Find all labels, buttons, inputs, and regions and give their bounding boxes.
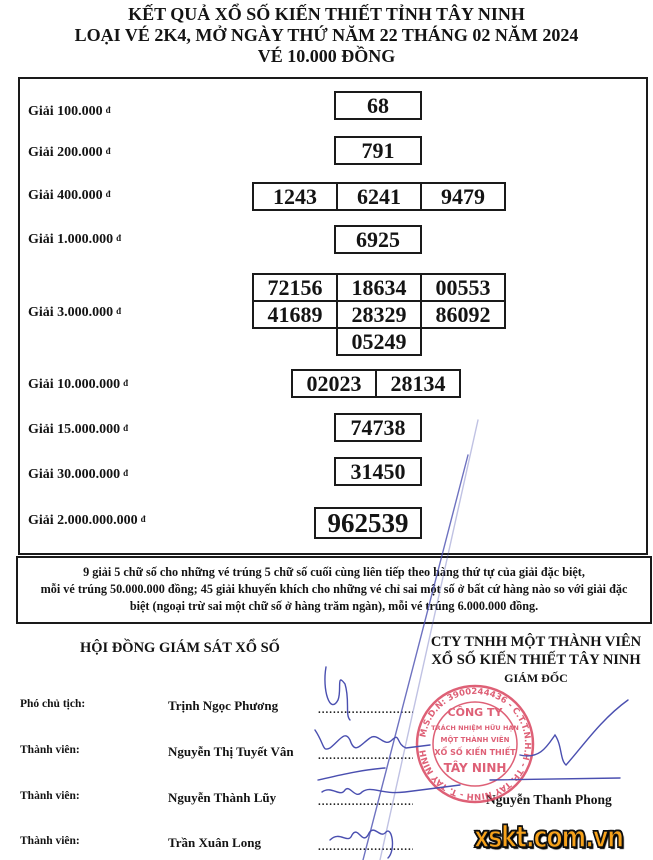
signature-line: ............................ — [318, 796, 413, 808]
currency-symbol: đ — [106, 105, 111, 115]
winning-number: 41689 — [252, 300, 338, 329]
company-line-1: CTY TNHH MỘT THÀNH VIÊN — [420, 633, 652, 651]
signature-line: ............................ — [318, 704, 413, 716]
winning-number: 6925 — [334, 225, 422, 254]
winning-number: 05249 — [336, 327, 422, 356]
winning-numbers: 791 — [336, 138, 422, 165]
prize-table: Giải 100.000đ68Giải 200.000đ791Giải 400.… — [18, 77, 648, 555]
notes-line-2: mỗi vé trúng 50.000.000 đồng; 45 giải kh… — [22, 581, 646, 598]
winning-number: 28134 — [375, 369, 461, 398]
currency-symbol: đ — [141, 514, 146, 524]
winning-number: 28329 — [336, 300, 422, 329]
winning-numbers: 31450 — [336, 459, 422, 486]
prize-amount: Giải 200.000 — [28, 145, 103, 160]
member-name: Trịnh Ngọc Phương — [168, 698, 278, 714]
currency-symbol: đ — [116, 306, 121, 316]
prize-label: Giải 30.000.000đ — [28, 467, 128, 483]
prize-label: Giải 2.000.000.000đ — [28, 513, 146, 529]
member-name: Trần Xuân Long — [168, 835, 261, 851]
prize-label: Giải 1.000.000đ — [28, 232, 121, 248]
notes-box: 9 giải 5 chữ số cho những vé trúng 5 chữ… — [16, 556, 652, 624]
winning-number: 02023 — [291, 369, 377, 398]
signature-line: ............................ — [318, 750, 413, 762]
prize-label: Giải 3.000.000đ — [28, 305, 121, 321]
prize-amount: Giải 3.000.000 — [28, 305, 113, 320]
director-name: Nguyễn Thanh Phong — [486, 792, 612, 808]
prize-label: Giải 100.000đ — [28, 104, 111, 120]
winning-number: 68 — [334, 91, 422, 120]
director-role: GIÁM ĐỐC — [420, 669, 652, 687]
prize-label: Giải 15.000.000đ — [28, 422, 128, 438]
prize-amount: Giải 15.000.000 — [28, 422, 120, 437]
member-role: Thành viên: — [20, 744, 80, 756]
member-name: Nguyễn Thành Lũy — [168, 790, 276, 806]
member-role: Phó chủ tịch: — [20, 698, 85, 710]
member-role: Thành viên: — [20, 835, 80, 847]
member-row: Thành viên: Nguyễn Thị Tuyết Vân .......… — [0, 744, 653, 764]
notes-line-1: 9 giải 5 chữ số cho những vé trúng 5 chữ… — [22, 564, 646, 581]
winning-numbers: 124362419479 — [254, 184, 506, 211]
watermark-logo: xskt.com.vn — [474, 820, 623, 854]
prize-amount: Giải 400.000 — [28, 188, 103, 203]
winning-number: 6241 — [336, 182, 422, 211]
council-title: HỘI ĐỒNG GIÁM SÁT XỔ SỐ — [80, 640, 280, 657]
currency-symbol: đ — [116, 233, 121, 243]
prize-label: Giải 200.000đ — [28, 145, 111, 161]
prize-label: Giải 10.000.000đ — [28, 377, 128, 393]
winning-number: 31450 — [334, 457, 422, 486]
winning-numbers: 962539 — [316, 509, 422, 539]
currency-symbol: đ — [106, 146, 111, 156]
member-name: Nguyễn Thị Tuyết Vân — [168, 744, 294, 760]
winning-numbers: 0202328134 — [293, 371, 461, 398]
currency-symbol: đ — [123, 423, 128, 433]
winning-number: 18634 — [336, 273, 422, 302]
currency-symbol: đ — [106, 189, 111, 199]
winning-number: 72156 — [252, 273, 338, 302]
winning-number: 86092 — [420, 300, 506, 329]
winning-number: 791 — [334, 136, 422, 165]
winning-numbers: 72156186340055341689283298609205249 — [254, 275, 506, 356]
winning-numbers: 74738 — [336, 415, 422, 442]
member-row: Phó chủ tịch: Trịnh Ngọc Phương ........… — [0, 698, 653, 718]
header-draw-info: LOẠI VÉ 2K4, MỞ NGÀY THỨ NĂM 22 THÁNG 02… — [0, 25, 653, 46]
company-title: CTY TNHH MỘT THÀNH VIÊN XỔ SỐ KIẾN THIẾT… — [420, 633, 652, 687]
winning-number: 74738 — [334, 413, 422, 442]
member-role: Thành viên: — [20, 790, 80, 802]
prize-amount: Giải 10.000.000 — [28, 377, 120, 392]
currency-symbol: đ — [123, 468, 128, 478]
prize-amount: Giải 2.000.000.000 — [28, 513, 138, 528]
currency-symbol: đ — [123, 378, 128, 388]
prize-amount: Giải 1.000.000 — [28, 232, 113, 247]
winning-number: 00553 — [420, 273, 506, 302]
prize-amount: Giải 100.000 — [28, 104, 103, 119]
winning-number: 962539 — [314, 507, 422, 539]
prize-label: Giải 400.000đ — [28, 188, 111, 204]
company-line-2: XỔ SỐ KIẾN THIẾT TÂY NINH — [420, 651, 652, 669]
winning-number: 1243 — [252, 182, 338, 211]
document-header: KẾT QUẢ XỔ SỐ KIẾN THIẾT TỈNH TÂY NINH L… — [0, 4, 653, 67]
header-title: KẾT QUẢ XỔ SỐ KIẾN THIẾT TỈNH TÂY NINH — [0, 4, 653, 25]
winning-number: 9479 — [420, 182, 506, 211]
prize-amount: Giải 30.000.000 — [28, 467, 120, 482]
winning-numbers: 6925 — [336, 227, 422, 254]
header-ticket-price: VÉ 10.000 ĐỒNG — [0, 46, 653, 67]
winning-numbers: 68 — [336, 93, 422, 120]
notes-line-3: biệt (ngoại trừ sai một chữ số ở hàng tr… — [22, 598, 646, 615]
signature-line: ............................ — [318, 841, 413, 853]
